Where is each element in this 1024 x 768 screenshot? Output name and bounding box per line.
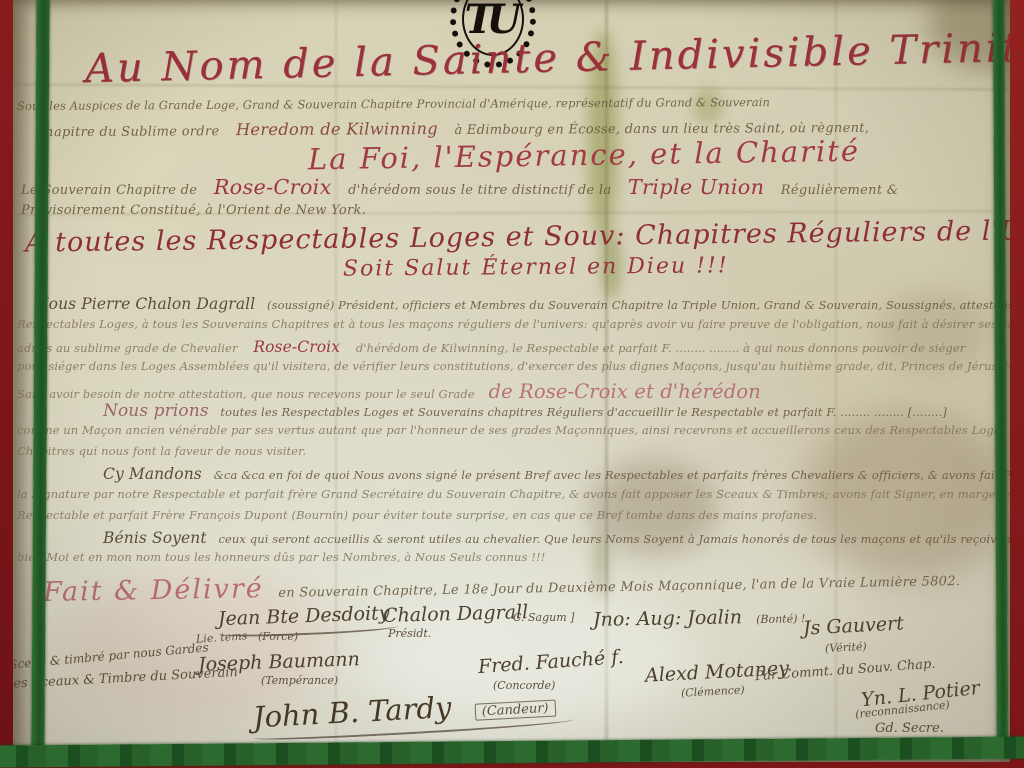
signature-joalin: Jno: Aug: Joalin (Bonté) ! bbox=[593, 606, 806, 631]
address-line-1: A toutes les Respectables Loges et Souv:… bbox=[25, 215, 1010, 258]
chapter-title-line: Le Souverain Chapitre de Rose-Croix d'hé… bbox=[21, 176, 899, 199]
p3-l1-rest: &ca &ca en foi de quoi Nous avons signé … bbox=[214, 468, 1010, 482]
body-p3-line2: la Signature par notre Respectable et pa… bbox=[17, 488, 1010, 501]
frame-mat-left bbox=[0, 0, 14, 768]
signature-chalon: Chalon Dagrall bbox=[383, 602, 529, 627]
p1-l1-rest: (soussigné) Président, officiers et Memb… bbox=[267, 298, 1010, 312]
body-p4-line1: Bénis Soyent ceux qui seront accueillis … bbox=[103, 530, 1010, 547]
framed-document-photo: TU Au Nom de la Sainte & Indivisible Tri… bbox=[0, 0, 1024, 768]
signature-desdoity-flourish: (Force) bbox=[258, 631, 298, 643]
signature-joalin-name: Jno: Aug: Joalin bbox=[593, 606, 742, 631]
signature-gauvert: Js Gauvert bbox=[803, 613, 905, 639]
dateline-rest: en Souverain Chapitre, Le 18e Jour du De… bbox=[278, 574, 960, 601]
signature-motaney-flourish: (Clémence) bbox=[681, 684, 745, 699]
p1-l3-pre: admis au sublime grade de Chevalier bbox=[17, 341, 238, 355]
signature-tardy-flourish: (Candeur) bbox=[474, 700, 556, 721]
chapter-mid: d'hérédom sous le titre distinctif de la bbox=[348, 183, 611, 198]
p3-lead: Cy Mandons bbox=[103, 465, 202, 483]
address-line-2: Soit Salut Éternel en Dieu !!! bbox=[343, 254, 729, 282]
body-p1-line3: admis au sublime grade de Chevalier Rose… bbox=[17, 339, 965, 356]
body-p1-line1: Nous Pierre Chalon Dagrall (soussigné) P… bbox=[35, 296, 1010, 313]
p2-lead: Nous prions bbox=[103, 401, 209, 421]
signature-baumann-flourish: (Tempérance) bbox=[261, 675, 338, 687]
signature-chalon-role: Présidt. bbox=[388, 628, 431, 640]
p4-l1-rest: ceux qui seront accueillis & seront util… bbox=[218, 532, 1010, 546]
seal-note-line-2: des Sceaux & Timbre du Souverain bbox=[13, 666, 238, 692]
body-p1-line4: pour siéger dans les Loges Assemblées qu… bbox=[17, 360, 1010, 373]
body-p1-line5: Sans avoir besoin de notre attestation, … bbox=[17, 381, 761, 403]
virtues-line: La Foi, l'Espérance, et la Charité bbox=[308, 136, 861, 177]
auspices-heredom-title: Heredom de Kilwinning bbox=[236, 119, 438, 139]
p1-l3-post: d'hérédom de Kilwinning, le Respectable … bbox=[356, 341, 966, 355]
body-p2-line3: Chapitres qui nous font la faveur de nou… bbox=[17, 445, 306, 458]
signature-fauche: Fred. Fauché f. bbox=[477, 647, 624, 678]
body-p1-line2: Respectables Loges, à tous les Souverain… bbox=[17, 318, 1010, 331]
frame-mat-right bbox=[1009, 0, 1024, 768]
chapter-rose-croix: Rose-Croix bbox=[214, 175, 332, 199]
auspices-line-2-pre: Chapitre du Sublime ordre bbox=[35, 124, 220, 140]
p1-lead: Nous Pierre Chalon Dagrall bbox=[35, 295, 255, 313]
signature-chalon-paraph: C. Sagum ] bbox=[513, 612, 574, 624]
auspices-line-1: Sous les Auspices de la Grande Loge, Gra… bbox=[17, 96, 770, 113]
body-p3-line1: Cy Mandons &ca &ca en foi de quoi Nous a… bbox=[103, 466, 1010, 483]
body-p3-line3: Respectable et parfait Frère François Du… bbox=[17, 509, 817, 522]
signature-joalin-flourish: (Bonté) ! bbox=[756, 612, 805, 626]
p1-l5-red-grade: de Rose-Croix et d'hérédon bbox=[488, 380, 760, 403]
body-p2-line1: Nous prions toutes les Respectables Loge… bbox=[103, 402, 947, 421]
chapter-triple-union: Triple Union bbox=[628, 175, 764, 199]
p4-lead: Bénis Soyent bbox=[103, 529, 207, 547]
signature-potier-role: Gd. Secre. bbox=[875, 722, 944, 736]
signature-gauvert-flourish: (Vérité) bbox=[825, 641, 867, 655]
body-p2-line2: comme un Maçon ancien vénérable par ses … bbox=[17, 424, 1010, 437]
signature-tardy: John B. Tardy (Candeur) bbox=[252, 686, 574, 743]
p1-l3-rose-croix: Rose-Croix bbox=[253, 338, 340, 356]
parchment-sheet: TU Au Nom de la Sainte & Indivisible Tri… bbox=[13, 0, 1010, 762]
invocation-line: Au Nom de la Sainte & Indivisible Trinit… bbox=[85, 25, 1010, 91]
dateline-fait-delivre: Fait & Délivré bbox=[43, 573, 264, 608]
body-p4-line2: bien Moi et en mon nom tous les honneurs… bbox=[17, 551, 545, 564]
chapter-post: Régulièrement & bbox=[781, 183, 899, 198]
p2-l1-rest: toutes les Respectables Loges et Souvera… bbox=[220, 405, 947, 419]
chapter-constitution-line: Provisoirement Constitué, à l'Orient de … bbox=[21, 204, 366, 218]
p1-l5-pre: Sans avoir besoin de notre attestation, … bbox=[17, 387, 475, 401]
